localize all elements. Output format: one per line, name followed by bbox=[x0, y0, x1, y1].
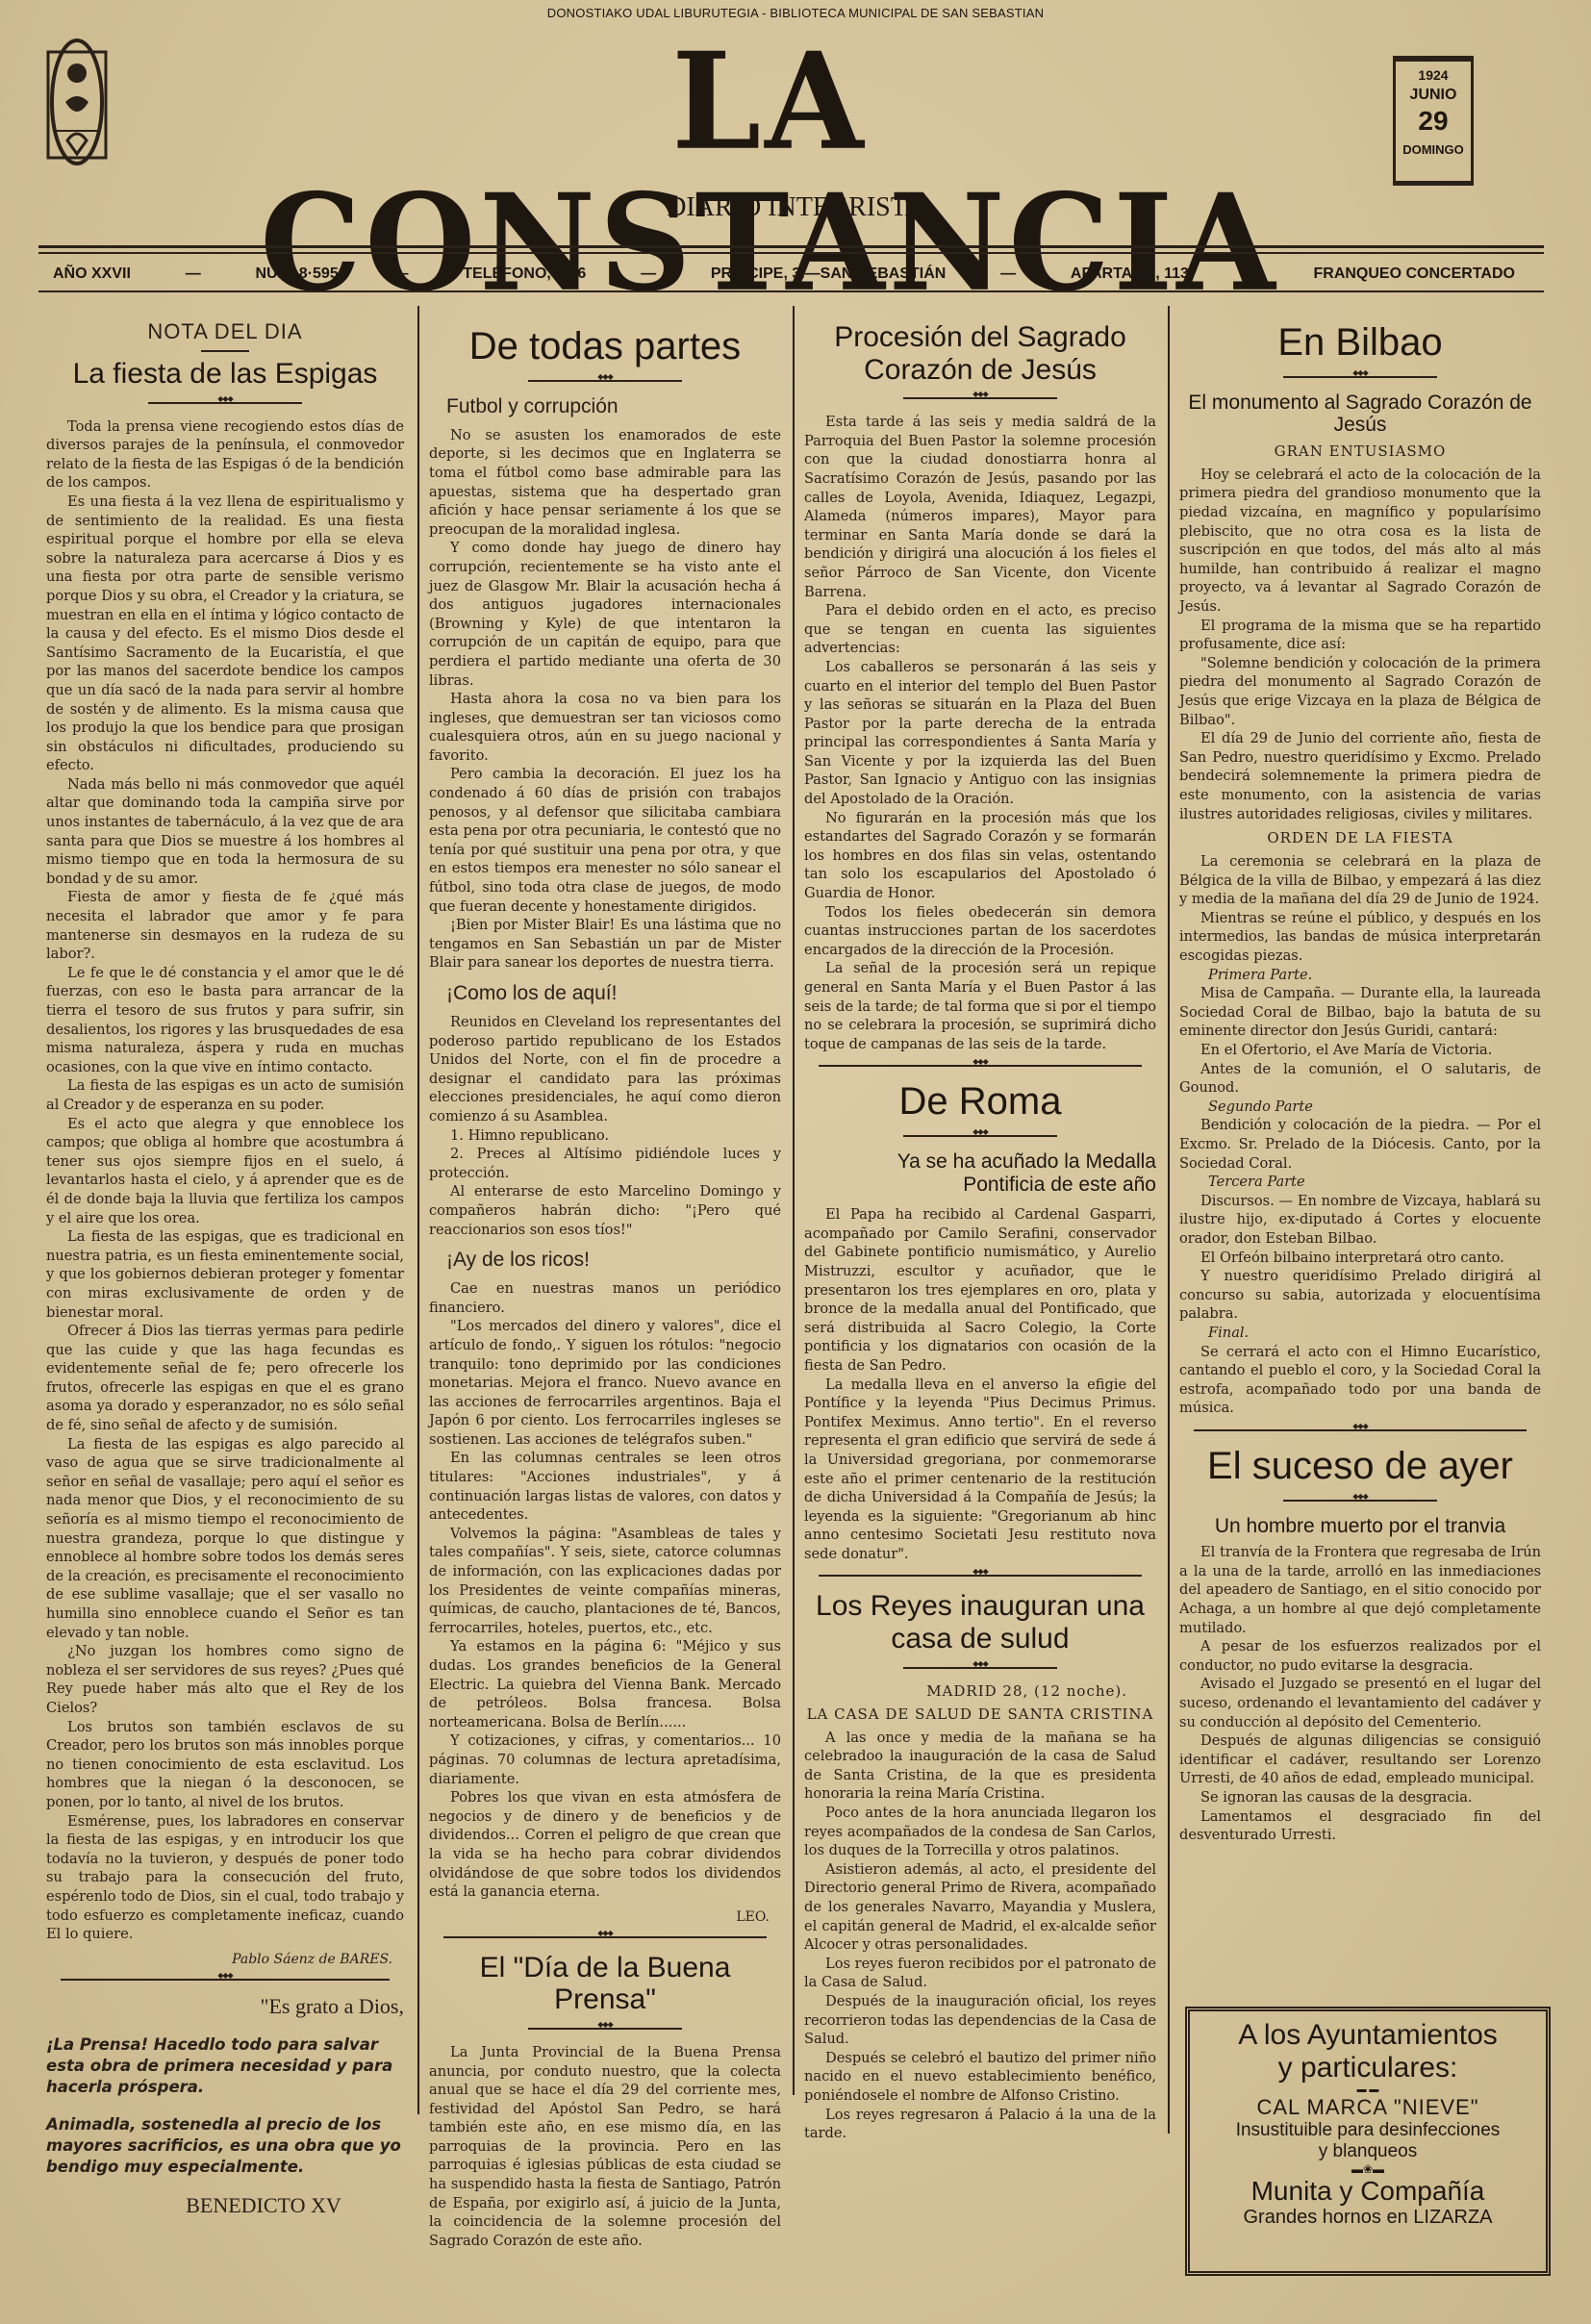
ad-line: A los Ayuntamientos bbox=[1190, 2019, 1546, 2052]
ornament-divider bbox=[443, 1932, 768, 1942]
pope-quote: ¡La Prensa! Hacedlo todo para salvar est… bbox=[46, 2034, 404, 2178]
paragraph: Y nuestro queridísimo Prelado dirigirá a… bbox=[1179, 1267, 1541, 1324]
info-item: NÚM. 8·595 bbox=[255, 265, 338, 283]
article-body: Toda la prensa viene recogiendo estos dí… bbox=[46, 417, 404, 1944]
column-divider bbox=[793, 306, 795, 2095]
article-subhead: El monumento al Sagrado Corazón de Jesús bbox=[1179, 392, 1541, 437]
info-item: FRANQUEO CONCERTADO bbox=[1313, 265, 1514, 283]
column-1: NOTA DEL DIA La fiesta de las Espigas To… bbox=[46, 306, 404, 2324]
paragraph: Asistieron además, al acto, el president… bbox=[804, 1860, 1156, 1955]
paragraph: ¡La Prensa! Hacedlo todo para salvar est… bbox=[46, 2034, 404, 2098]
paragraph: "Los mercados del dinero y valores", dic… bbox=[429, 1317, 781, 1449]
ornament-divider bbox=[903, 1131, 1057, 1141]
paragraph: Fiesta de amor y fiesta de fe ¿qué más n… bbox=[46, 888, 404, 963]
paragraph: El tranvía de la Frontera que regresaba … bbox=[1179, 1543, 1541, 1637]
article-headline: De Roma bbox=[804, 1080, 1156, 1124]
paragraph: Ya estamos en la página 6: "Méjico y sus… bbox=[429, 1637, 781, 1731]
section-body: No se asusten los enamorados de este dep… bbox=[429, 426, 781, 973]
date-day: 29 bbox=[1396, 106, 1471, 137]
date-box: 1924 JUNIO 29 DOMINGO bbox=[1393, 56, 1474, 186]
event-program: Primera Parte.Misa de Campaña. — Durante… bbox=[1179, 966, 1541, 1418]
paragraph: Esta tarde á las seis y media saldrá de … bbox=[804, 413, 1156, 601]
sacred-heart-emblem-icon bbox=[46, 35, 108, 169]
column-3: Procesión del Sagrado Corazón de Jesús E… bbox=[804, 306, 1156, 2324]
paragraph: Pero cambia la decoración. El juez los h… bbox=[429, 765, 781, 916]
section-body: Cae en nuestras manos un periódico finan… bbox=[429, 1279, 781, 1902]
section-headline: De todas partes bbox=[429, 325, 781, 368]
program-part-heading: Primera Parte. bbox=[1179, 966, 1541, 985]
paragraph: El día 29 de Junio del corriente año, fi… bbox=[1179, 729, 1541, 823]
paragraph: Los reyes fueron recibidos por el patron… bbox=[804, 1955, 1156, 1992]
ornament-divider bbox=[819, 1061, 1143, 1071]
paragraph: Ofrecer á Dios las tierras yermas para p… bbox=[46, 1322, 404, 1435]
paragraph: Después de algunas diligencias se consig… bbox=[1179, 1731, 1541, 1788]
info-item: TELÉFONO, 2-66 bbox=[463, 265, 586, 283]
paragraph: Animadla, sostenedla al precio de los ma… bbox=[46, 2114, 404, 2178]
article-caps-heading: GRAN ENTUSIASMO bbox=[1179, 442, 1541, 460]
paragraph: La fiesta de las espigas, que es tradici… bbox=[46, 1227, 404, 1322]
paragraph: Nada más bello ni más conmovedor que aqu… bbox=[46, 775, 404, 889]
paragraph: Reunidos en Cleveland los representantes… bbox=[429, 1013, 781, 1126]
ornament-divider bbox=[1283, 1496, 1437, 1505]
paragraph: En el Ofertorio, el Ave María de Victori… bbox=[1179, 1041, 1541, 1060]
separator-dash: — bbox=[1244, 265, 1259, 283]
paragraph: No figurarán en la procesión más que los… bbox=[804, 809, 1156, 903]
separator-dash: — bbox=[186, 265, 201, 283]
paragraph: Antes de la comunión, el O salutaris, de… bbox=[1179, 1060, 1541, 1098]
paragraph: Discursos. — En nombre de Vizcaya, habla… bbox=[1179, 1192, 1541, 1249]
paragraph: Es una fiesta á la vez llena de espiritu… bbox=[46, 493, 404, 775]
paragraph: Esmérense, pues, los labradores en conse… bbox=[46, 1812, 404, 1944]
ornament-divider bbox=[148, 398, 302, 408]
quote-author: BENEDICTO XV bbox=[123, 2193, 404, 2218]
paragraph: Lamentamos el desgraciado fin del desven… bbox=[1179, 1807, 1541, 1845]
dateline: MADRID 28, (12 noche). bbox=[804, 1682, 1127, 1700]
ornament-divider bbox=[1194, 1426, 1527, 1435]
program-part-heading: Tercera Parte bbox=[1179, 1173, 1541, 1192]
paragraph: Todos los fieles obedecerán sin demora c… bbox=[804, 903, 1156, 960]
section-subhead: ¡Ay de los ricos! bbox=[446, 1249, 781, 1272]
article-headline: Los Reyes inauguran una casa de sulud bbox=[804, 1590, 1156, 1655]
paragraph: Después se celebró el bautizo del primer… bbox=[804, 2049, 1156, 2106]
article-headline: Procesión del Sagrado Corazón de Jesús bbox=[804, 321, 1156, 386]
ornament-divider bbox=[61, 1975, 390, 1984]
paragraph: Y cotizaciones, y cifras, y comentarios.… bbox=[429, 1731, 781, 1788]
article-caps-heading: LA CASA DE SALUD DE SANTA CRISTINA bbox=[804, 1705, 1156, 1723]
article-signature: Pablo Sáenz de BARES. bbox=[46, 1952, 392, 1967]
ornament-divider bbox=[1283, 372, 1437, 382]
paragraph: Mientras se reúne el público, y después … bbox=[1179, 909, 1541, 966]
program-part-heading: Final. bbox=[1179, 1324, 1541, 1343]
section-subhead: ¡Como los de aquí! bbox=[446, 982, 781, 1005]
paragraph: La fiesta de las espigas es un acto de s… bbox=[46, 1076, 404, 1114]
paragraph: "Solemne bendición y colocación de la pr… bbox=[1179, 654, 1541, 729]
ornament-divider bbox=[903, 393, 1057, 403]
paragraph: El Orfeón bilbaino interpretará otro can… bbox=[1179, 1249, 1541, 1268]
paragraph: Los brutos son también esclavos de su Cr… bbox=[46, 1718, 404, 1812]
article-body: La Junta Provincial de la Buena Prensa a… bbox=[429, 2043, 781, 2251]
section-body: Reunidos en Cleveland los representantes… bbox=[429, 1013, 781, 1239]
paragraph: Para el debido orden en el acto, es prec… bbox=[804, 601, 1156, 658]
info-rule bbox=[38, 290, 1544, 292]
separator bbox=[201, 350, 249, 352]
date-year: 1924 bbox=[1396, 67, 1471, 83]
masthead-rule-2 bbox=[38, 252, 1544, 254]
paragraph: Los reyes regresaron á Palacio á la una … bbox=[804, 2106, 1156, 2143]
column-divider bbox=[417, 306, 419, 2114]
section-list: Futbol y corrupciónNo se asusten los ena… bbox=[429, 395, 781, 1925]
article-headline: El suceso de ayer bbox=[1179, 1445, 1541, 1488]
paragraph: El Papa ha recibido al Cardenal Gasparri… bbox=[804, 1205, 1156, 1375]
paragraph: Cae en nuestras manos un periódico finan… bbox=[429, 1279, 781, 1317]
paragraph: Toda la prensa viene recogiendo estos dí… bbox=[46, 417, 404, 493]
paragraph: Hasta ahora la cosa no va bien para los … bbox=[429, 690, 781, 765]
article-headline: La fiesta de las Espigas bbox=[46, 358, 404, 391]
section-kicker: NOTA DEL DIA bbox=[46, 319, 404, 344]
separator-dash: — bbox=[641, 265, 656, 283]
section-signature: LEO. bbox=[429, 1909, 770, 1925]
flower-ornament-icon: ▬❀▬ bbox=[1190, 2162, 1546, 2176]
paragraph: La señal de la procesión será un repique… bbox=[804, 959, 1156, 1053]
article-body: Hoy se celebrará el acto de la colocació… bbox=[1179, 466, 1541, 823]
paragraph: El programa de la misma que se ha repart… bbox=[1179, 617, 1541, 654]
date-month: JUNIO bbox=[1396, 87, 1471, 104]
paragraph: Se cerrará el acto con el Himno Eucaríst… bbox=[1179, 1343, 1541, 1418]
ad-line: y particulares: bbox=[1190, 2052, 1546, 2084]
paragraph: Los caballeros se personarán á las seis … bbox=[804, 658, 1156, 809]
article-body: La ceremonia se celebrará en la plaza de… bbox=[1179, 852, 1541, 966]
paragraph: Es el acto que alegra y que ennoblece lo… bbox=[46, 1115, 404, 1228]
article-body: El tranvía de la Frontera que regresaba … bbox=[1179, 1543, 1541, 1845]
paragraph: La medalla lleva en el anverso la efigie… bbox=[804, 1376, 1156, 1564]
paragraph: La ceremonia se celebrará en la plaza de… bbox=[1179, 852, 1541, 909]
paragraph: Al enterarse de esto Marcelino Domingo y… bbox=[429, 1182, 781, 1239]
paragraph: Después de la inauguración oficial, los … bbox=[804, 1992, 1156, 2049]
paragraph: Y como donde hay juego de dinero hay cor… bbox=[429, 539, 781, 690]
ad-line: Insustituible para desinfecciones bbox=[1190, 2120, 1546, 2141]
ornament-icon: ▬ ▬ bbox=[1190, 2084, 1546, 2095]
paragraph: 2. Preces al Altísimo pidiéndole luces y… bbox=[429, 1145, 781, 1182]
info-item: APARTADO, 113 bbox=[1071, 265, 1189, 283]
column-divider bbox=[1168, 306, 1170, 2134]
paragraph: Se ignoran las causas de la desgracia. bbox=[1179, 1788, 1541, 1807]
paragraph: Bendición y colocación de la piedra. — P… bbox=[1179, 1116, 1541, 1173]
separator-dash: — bbox=[1000, 265, 1016, 283]
info-item: AÑO XXVII bbox=[53, 265, 131, 283]
article-subhead: Ya se ha acuñado la Medalla Pontificia d… bbox=[804, 1150, 1156, 1196]
paragraph: ¿No juzgan los hombres como signo de nob… bbox=[46, 1642, 404, 1717]
masthead-subtitle: DIARIO INTEGRISTA bbox=[0, 192, 1591, 223]
masthead-rule bbox=[38, 245, 1544, 248]
paragraph: Le fe que le dé constancia y el amor que… bbox=[46, 964, 404, 1077]
paragraph: ¡Bien por Mister Blair! Es una lástima q… bbox=[429, 916, 781, 973]
paragraph: La Junta Provincial de la Buena Prensa a… bbox=[429, 2043, 781, 2251]
ad-line: y blanqueos bbox=[1190, 2141, 1546, 2162]
paragraph: No se asusten los enamorados de este dep… bbox=[429, 426, 781, 540]
column-2: De todas partes Futbol y corrupciónNo se… bbox=[429, 306, 781, 2324]
program-part-heading: Segundo Parte bbox=[1179, 1098, 1541, 1117]
article-headline: En Bilbao bbox=[1179, 321, 1541, 365]
article-headline: El "Día de la Buena Prensa" bbox=[429, 1952, 781, 2016]
ornament-divider bbox=[903, 1663, 1057, 1673]
ornament-divider bbox=[819, 1571, 1143, 1580]
paragraph: Poco antes de la hora anunciada llegaron… bbox=[804, 1804, 1156, 1860]
separator-dash: — bbox=[393, 265, 409, 283]
article-body: Esta tarde á las seis y media saldrá de … bbox=[804, 413, 1156, 1053]
paragraph: A pesar de los esfuerzos realizados por … bbox=[1179, 1637, 1541, 1675]
ad-line: CAL MARCA "NIEVE" bbox=[1190, 2095, 1546, 2120]
date-weekday: DOMINGO bbox=[1396, 142, 1471, 157]
paragraph: En las columnas centrales se leen otros … bbox=[429, 1449, 781, 1524]
paragraph: A las once y media de la mañana se ha ce… bbox=[804, 1729, 1156, 1804]
advertisement-box: A los Ayuntamientos y particulares: ▬ ▬ … bbox=[1185, 2007, 1551, 2276]
article-subhead: Un hombre muerto por el tranvia bbox=[1179, 1515, 1541, 1538]
paragraph: La fiesta de las espigas es algo parecid… bbox=[46, 1435, 404, 1643]
paragraph: 1. Himno republicano. bbox=[429, 1126, 781, 1146]
paragraph: Hoy se celebrará el acto de la colocació… bbox=[1179, 466, 1541, 617]
article-caps-heading: ORDEN DE LA FIESTA bbox=[1179, 829, 1541, 846]
paragraph: Avisado el Juzgado se presentó en el lug… bbox=[1179, 1675, 1541, 1731]
section-subhead: Futbol y corrupción bbox=[446, 395, 781, 418]
paragraph: Pobres los que vivan en esta atmósfera d… bbox=[429, 1788, 781, 1902]
library-banner: DONOSTIAKO UDAL LIBURUTEGIA - BIBLIOTECA… bbox=[0, 6, 1591, 20]
ad-line: Grandes hornos en LIZARZA bbox=[1190, 2207, 1546, 2229]
info-item: PRÍNCIPE, 3.—SAN SEBASTIÁN bbox=[711, 265, 946, 283]
article-body: El Papa ha recibido al Cardenal Gasparri… bbox=[804, 1205, 1156, 1563]
ad-line: Munita y Compañía bbox=[1190, 2176, 1546, 2207]
paragraph: Volvemos la página: "Asambleas de tales … bbox=[429, 1525, 781, 1638]
quote-opening: "Es grato a Dios, bbox=[46, 1994, 404, 2019]
ornament-divider bbox=[528, 2024, 682, 2033]
masthead-info-bar: AÑO XXVII—NÚM. 8·595—TELÉFONO, 2-66—PRÍN… bbox=[53, 265, 1515, 283]
paragraph: Misa de Campaña. — Durante ella, la laur… bbox=[1179, 984, 1541, 1041]
article-body: A las once y media de la mañana se ha ce… bbox=[804, 1729, 1156, 2143]
ornament-divider bbox=[528, 376, 682, 386]
